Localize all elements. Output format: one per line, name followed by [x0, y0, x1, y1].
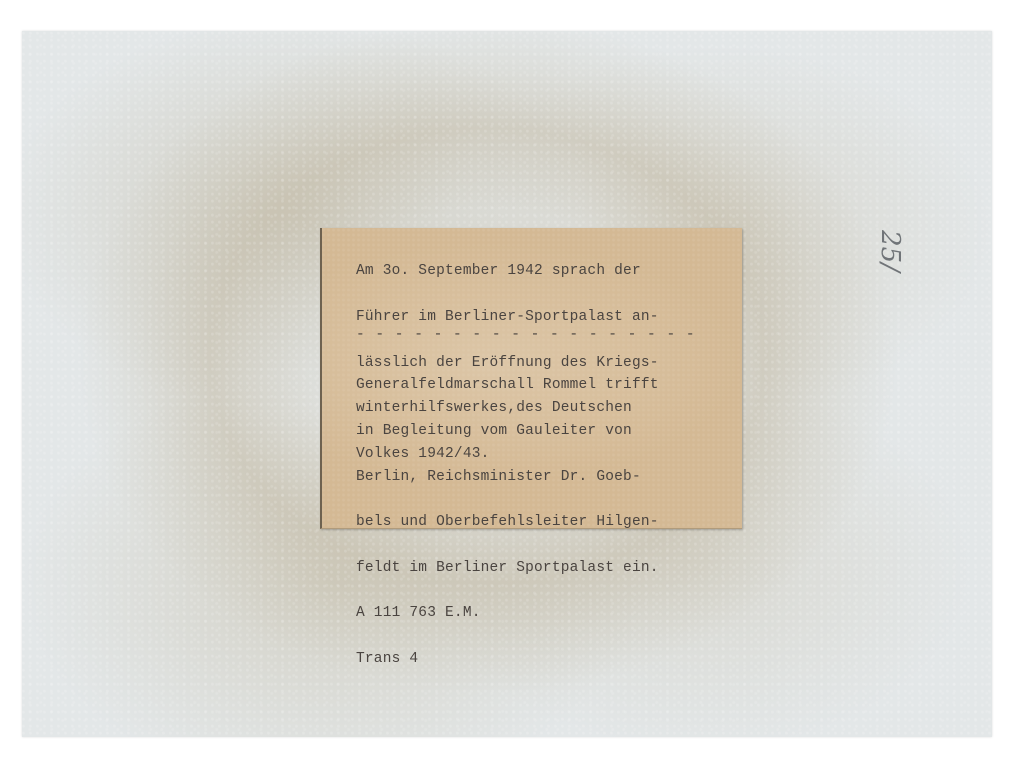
caption-line: Am 3o. September 1942 sprach der: [356, 264, 659, 279]
caption-line: Berlin, Reichsminister Dr. Goeb-: [356, 470, 659, 485]
dashed-divider: - - - - - - - - - - - - - - - - - -: [356, 328, 696, 343]
caption-paragraph-description: Generalfeldmarschall Rommel trifft in Be…: [356, 348, 659, 698]
caption-line: bels und Oberbefehlsleiter Hilgen-: [356, 515, 659, 530]
caption-card: Am 3o. September 1942 sprach der Führer …: [320, 228, 742, 529]
archive-reference: A 111 763 E.M.: [356, 606, 659, 621]
handwritten-number: 25/: [860, 221, 920, 281]
caption-line: feldt im Berliner Sportpalast ein.: [356, 561, 659, 576]
caption-line: Führer im Berliner-Sportpalast an-: [356, 310, 659, 325]
caption-line: in Begleitung vom Gauleiter von: [356, 424, 659, 439]
transmission-code: Trans 4: [356, 652, 659, 667]
caption-line: Generalfeldmarschall Rommel trifft: [356, 378, 659, 393]
